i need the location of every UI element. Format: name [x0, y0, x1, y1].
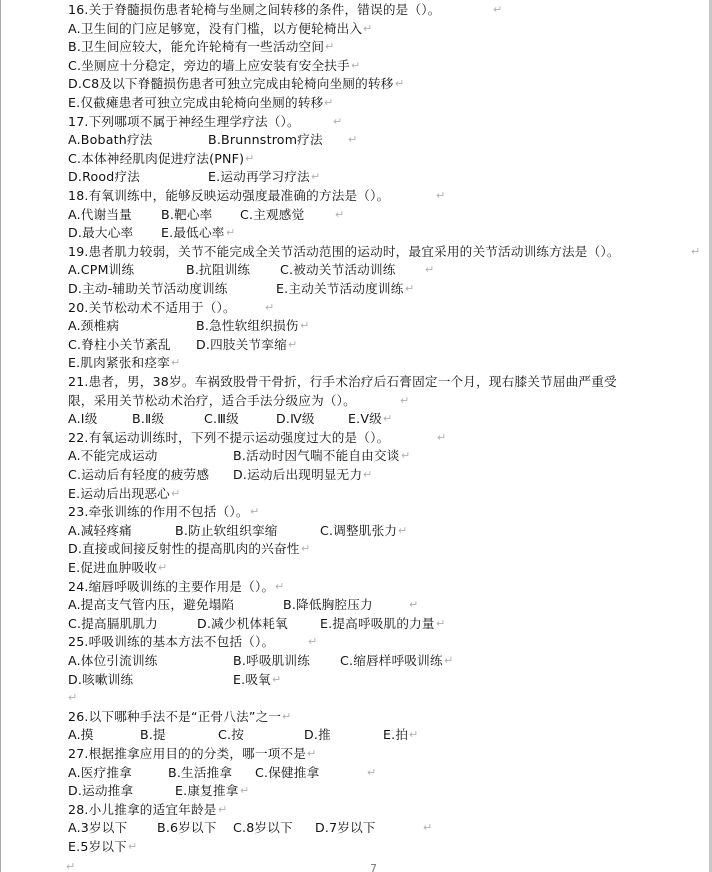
- question-text: 28.小儿推拿的适宜年龄是: [68, 801, 217, 819]
- paragraph-mark-icon: ↵: [311, 168, 320, 186]
- option-text: B.Ⅱ级: [132, 410, 164, 428]
- paragraph-mark-icon: ↵: [398, 522, 407, 540]
- option-text: D.最大心率: [68, 224, 133, 242]
- document-line: 28.小儿推拿的适宜年龄是↵: [0, 801, 712, 819]
- document-line: 22.有氧运动训练时，下列不提示运动强度过大的是（）。↵: [0, 429, 712, 447]
- paragraph-mark-icon: ↵: [275, 578, 284, 596]
- paragraph-mark-icon: ↵: [437, 429, 446, 447]
- option-text: B.呼吸肌训练: [233, 652, 310, 670]
- document-line: A.摸B.提C.按D.推E.拍↵: [0, 726, 712, 744]
- option-text: E.最低心率: [161, 224, 225, 242]
- option-text: B.防止软组织挛缩: [175, 522, 278, 540]
- document-line: A.不能完成运动B.活动时因气喘不能自由交谈↵: [0, 447, 712, 465]
- option-text: B.活动时因气喘不能自由交谈: [233, 447, 400, 465]
- option-text: A.卫生间的门应足够宽，没有门槛，以方便轮椅出入: [68, 20, 362, 38]
- paragraph-mark-icon: ↵: [351, 57, 360, 75]
- paragraph-mark-icon: ↵: [250, 503, 259, 521]
- paragraph-mark-icon: ↵: [288, 336, 297, 354]
- option-text: C.提高膈肌肌力: [68, 615, 158, 633]
- paragraph-mark-icon: ↵: [423, 819, 432, 837]
- option-text: E.仅截瘫患者可独立完成由轮椅向坐厕的转移: [68, 94, 323, 112]
- option-text: A.医疗推拿: [68, 764, 132, 782]
- document-line: C.脊柱小关节紊乱D.四肢关节挛缩↵: [0, 336, 712, 354]
- option-text: C.缩唇样呼吸训练: [340, 652, 443, 670]
- paragraph-mark-icon: ↵: [240, 782, 249, 800]
- option-text: E.Ⅴ级: [348, 410, 382, 428]
- question-text: 26.以下哪种手法不是“正骨八法”之一: [68, 708, 281, 726]
- document-line: 26.以下哪种手法不是“正骨八法”之一↵: [0, 708, 712, 726]
- paragraph-mark-icon: ↵: [68, 689, 77, 707]
- option-text: B.靶心率: [161, 206, 212, 224]
- option-text: B.Brunnstrom疗法: [208, 131, 323, 149]
- option-text: A.摸: [68, 726, 94, 744]
- paragraph-mark-icon: ↵: [383, 410, 392, 428]
- option-text: E.运动后出现恶心: [68, 485, 170, 503]
- document-line: 20.关节松动术不适用于（）。↵: [0, 299, 712, 317]
- document-line: A.医疗推拿B.生活推拿C.保健推拿↵: [0, 764, 712, 782]
- question-text: 18.有氧训练中，能够反映运动强度最准确的方法是（）。: [68, 187, 389, 205]
- option-text: A.Ⅰ级: [68, 410, 98, 428]
- option-text: A.颈椎病: [68, 317, 119, 335]
- option-text: B.急性软组织损伤: [196, 317, 299, 335]
- document-line: 23.牵张训练的作用不包括（）。↵: [0, 503, 712, 521]
- paragraph-mark-icon: ↵: [409, 596, 418, 614]
- option-text: C.Ⅲ级: [204, 410, 239, 428]
- paragraph-mark-icon: ↵: [324, 94, 333, 112]
- document-line: 24.缩唇呼吸训练的主要作用是（）。↵: [0, 578, 712, 596]
- paragraph-mark-icon: ↵: [265, 299, 274, 317]
- paragraph-mark-icon: ↵: [245, 150, 254, 168]
- option-text: B.卫生间应较大，能允许轮椅有一些活动空间: [68, 38, 324, 56]
- document-line: E.仅截瘫患者可独立完成由轮椅向坐厕的转移↵: [0, 94, 712, 112]
- paragraph-mark-icon: ↵: [272, 671, 281, 689]
- option-text: D.推: [304, 726, 331, 744]
- option-text: E.促进血肿吸收: [68, 559, 157, 577]
- document-line: 19.患者肌力较弱，关节不能完成全关节活动范围的运动时，最宜采用的关节活动训练方…: [0, 243, 712, 261]
- paragraph-mark-icon: ↵: [395, 75, 404, 93]
- document-line: 16.关于脊髓损伤患者轮椅与坐厕之间转移的条件，错误的是（）。↵: [0, 1, 712, 19]
- paragraph-mark-icon: ↵: [367, 764, 376, 782]
- option-text: D.运动推拿: [68, 782, 133, 800]
- option-text: 限，采用关节松动术治疗，适合手法分级应为（）。: [68, 392, 356, 410]
- paragraph-mark-icon: ↵: [325, 38, 334, 56]
- document-line: 17.下列哪项不属于神经生理学疗法（）。↵: [0, 113, 712, 131]
- paragraph-mark-icon: ↵: [282, 708, 291, 726]
- option-text: C.保健推拿: [255, 764, 319, 782]
- paragraph-mark-icon: ↵: [308, 633, 317, 651]
- document-line: D.直接或间接反射性的提高肌肉的兴奋性↵: [0, 540, 712, 558]
- option-text: E.康复推拿: [175, 782, 239, 800]
- option-text: C.本体神经肌肉促进疗法(PNF): [68, 150, 244, 168]
- option-text: D.减少机体耗氧: [197, 615, 288, 633]
- option-text: D.主动-辅助关节活动度训练: [68, 280, 228, 298]
- question-text: 19.患者肌力较弱，关节不能完成全关节活动范围的运动时，最宜采用的关节活动训练方…: [68, 243, 620, 261]
- option-text: E.肌肉紧张和痉挛: [68, 354, 170, 372]
- option-text: A.体位引流训练: [68, 652, 158, 670]
- paragraph-mark-icon: ↵: [405, 280, 414, 298]
- document-line: A.提高支气管内压，避免塌陷B.降低胸腔压力↵: [0, 596, 712, 614]
- document-line: D.Rood疗法E.运动再学习疗法↵: [0, 168, 712, 186]
- paragraph-mark-icon: ↵: [363, 20, 372, 38]
- document-line: A.Ⅰ级B.Ⅱ级C.Ⅲ级D.Ⅳ级E.Ⅴ级↵: [0, 410, 712, 428]
- paragraph-mark-icon: ↵: [158, 559, 167, 577]
- document-page: 16.关于脊髓损伤患者轮椅与坐厕之间转移的条件，错误的是（）。↵A.卫生间的门应…: [0, 0, 712, 872]
- document-line: C.本体神经肌肉促进疗法(PNF)↵: [0, 150, 712, 168]
- document-line: A.Bobath疗法B.Brunnstrom疗法↵: [0, 131, 712, 149]
- paragraph-mark-icon: ↵: [436, 187, 445, 205]
- document-line: E.促进血肿吸收↵: [0, 559, 712, 577]
- document-line: D.C8及以下脊髓损伤患者可独立完成由轮椅向坐厕的转移↵: [0, 75, 712, 93]
- question-text: 17.下列哪项不属于神经生理学疗法（）。: [68, 113, 300, 131]
- document-line: A.体位引流训练B.呼吸肌训练C.缩唇样呼吸训练↵: [0, 652, 712, 670]
- option-text: C.主观感觉: [240, 206, 304, 224]
- paragraph-mark-icon: ↵: [444, 652, 453, 670]
- option-text: E.运动再学习疗法: [208, 168, 310, 186]
- paragraph-mark-icon: ↵: [66, 862, 75, 872]
- option-text: B.降低胸腔压力: [283, 596, 373, 614]
- paragraph-mark-icon: ↵: [436, 615, 445, 633]
- option-text: D.Rood疗法: [68, 168, 140, 186]
- option-text: A.3岁以下: [68, 819, 127, 837]
- paragraph-mark-icon: ↵: [691, 243, 700, 261]
- paragraph-mark-icon: ↵: [128, 838, 137, 856]
- paragraph-mark-icon: ↵: [301, 540, 310, 558]
- document-line: A.CPM训练B.抗阻训练C.被动关节活动训练↵: [0, 261, 712, 279]
- paragraph-mark-icon: ↵: [425, 261, 434, 279]
- option-text: B.抗阻训练: [186, 261, 250, 279]
- option-text: D.四肢关节挛缩: [196, 336, 287, 354]
- document-line: C.提高膈肌肌力D.减少机体耗氧E.提高呼吸肌的力量↵: [0, 615, 712, 633]
- document-line: 25.呼吸训练的基本方法不包括（）。↵: [0, 633, 712, 651]
- document-line: D.运动推拿E.康复推拿↵: [0, 782, 712, 800]
- option-text: C.8岁以下: [233, 819, 293, 837]
- document-line: 限，采用关节松动术治疗，适合手法分级应为（）。↵: [0, 392, 712, 410]
- option-text: C.坐厕应十分稳定，旁边的墙上应安装有安全扶手: [68, 57, 350, 75]
- question-text: 22.有氧运动训练时，下列不提示运动强度过大的是（）。: [68, 429, 389, 447]
- paragraph-mark-icon: ↵: [335, 206, 344, 224]
- paragraph-mark-icon: ↵: [401, 447, 410, 465]
- option-text: E.吸氧: [233, 671, 271, 689]
- question-text: 21.患者，男，38岁。车祸致股骨干骨折，行手术治疗后石膏固定一个月，现右膝关节…: [68, 373, 617, 391]
- option-text: D.C8及以下脊髓损伤患者可独立完成由轮椅向坐厕的转移: [68, 75, 394, 93]
- option-text: C.按: [218, 726, 244, 744]
- document-line: A.代谢当量B.靶心率C.主观感觉↵: [0, 206, 712, 224]
- paragraph-mark-icon: ↵: [493, 1, 502, 19]
- option-text: A.减轻疼痛: [68, 522, 132, 540]
- question-text: 23.牵张训练的作用不包括（）。: [68, 503, 249, 521]
- document-line: E.肌肉紧张和痉挛↵: [0, 354, 712, 372]
- option-text: D.Ⅳ级: [276, 410, 315, 428]
- document-line: D.最大心率E.最低心率↵: [0, 224, 712, 242]
- document-line: E.5岁以下↵: [0, 838, 712, 856]
- document-line: C.运动后有轻度的疲劳感D.运动后出现明显无力↵: [0, 466, 712, 484]
- option-text: E.5岁以下: [68, 838, 127, 856]
- option-text: A.代谢当量: [68, 206, 132, 224]
- option-text: A.CPM训练: [68, 261, 134, 279]
- option-text: C.被动关节活动训练: [280, 261, 396, 279]
- document-line: E.运动后出现恶心↵: [0, 485, 712, 503]
- document-line: 27.根据推拿应用目的的分类，哪一项不是↵: [0, 745, 712, 763]
- question-text: 16.关于脊髓损伤患者轮椅与坐厕之间转移的条件，错误的是（）。: [68, 1, 441, 19]
- paragraph-mark-icon: ↵: [348, 131, 357, 149]
- option-text: C.运动后有轻度的疲劳感: [68, 466, 209, 484]
- document-line: A.颈椎病B.急性软组织损伤↵: [0, 317, 712, 335]
- question-text: 27.根据推拿应用目的的分类，哪一项不是: [68, 745, 306, 763]
- paragraph-mark-icon: ↵: [307, 745, 316, 763]
- option-text: C.调整肌张力: [320, 522, 397, 540]
- document-line: 18.有氧训练中，能够反映运动强度最准确的方法是（）。↵: [0, 187, 712, 205]
- paragraph-mark-icon: ↵: [409, 726, 418, 744]
- document-line: A.减轻疼痛B.防止软组织挛缩C.调整肌张力↵: [0, 522, 712, 540]
- option-text: B.6岁以下: [157, 819, 217, 837]
- document-line: A.3岁以下B.6岁以下C.8岁以下D.7岁以下↵: [0, 819, 712, 837]
- option-text: D.直接或间接反射性的提高肌肉的兴奋性: [68, 540, 300, 558]
- option-text: A.提高支气管内压，避免塌陷: [68, 596, 234, 614]
- paragraph-mark-icon: ↵: [171, 354, 180, 372]
- paragraph-mark-icon: ↵: [333, 113, 342, 131]
- option-text: A.Bobath疗法: [68, 131, 153, 149]
- option-text: B.提: [140, 726, 166, 744]
- option-text: D.运动后出现明显无力: [233, 466, 362, 484]
- paragraph-mark-icon: ↵: [226, 224, 235, 242]
- paragraph-mark-icon: ↵: [218, 801, 227, 819]
- paragraph-mark-icon: ↵: [400, 392, 409, 410]
- document-line: D.咳嗽训练E.吸氧↵: [0, 671, 712, 689]
- question-text: 20.关节松动术不适用于（）。: [68, 299, 236, 317]
- document-line: 21.患者，男，38岁。车祸致股骨干骨折，行手术治疗后石膏固定一个月，现右膝关节…: [0, 373, 712, 391]
- page-number: 7: [370, 864, 377, 872]
- option-text: E.拍: [383, 726, 408, 744]
- option-text: E.提高呼吸肌的力量: [320, 615, 435, 633]
- option-text: E.主动关节活动度训练: [276, 280, 404, 298]
- document-line: ↵: [0, 689, 712, 707]
- paragraph-mark-icon: ↵: [300, 317, 309, 335]
- option-text: C.脊柱小关节紊乱: [68, 336, 171, 354]
- document-line: C.坐厕应十分稳定，旁边的墙上应安装有安全扶手↵: [0, 57, 712, 75]
- question-text: 25.呼吸训练的基本方法不包括（）。: [68, 633, 274, 651]
- document-line: A.卫生间的门应足够宽，没有门槛，以方便轮椅出入↵: [0, 20, 712, 38]
- option-text: A.不能完成运动: [68, 447, 158, 465]
- document-line: B.卫生间应较大，能允许轮椅有一些活动空间↵: [0, 38, 712, 56]
- option-text: D.咳嗽训练: [68, 671, 133, 689]
- paragraph-mark-icon: ↵: [363, 466, 372, 484]
- option-text: B.生活推拿: [168, 764, 232, 782]
- option-text: D.7岁以下: [315, 819, 376, 837]
- document-line: D.主动-辅助关节活动度训练E.主动关节活动度训练↵: [0, 280, 712, 298]
- question-text: 24.缩唇呼吸训练的主要作用是（）。: [68, 578, 274, 596]
- paragraph-mark-icon: ↵: [171, 485, 180, 503]
